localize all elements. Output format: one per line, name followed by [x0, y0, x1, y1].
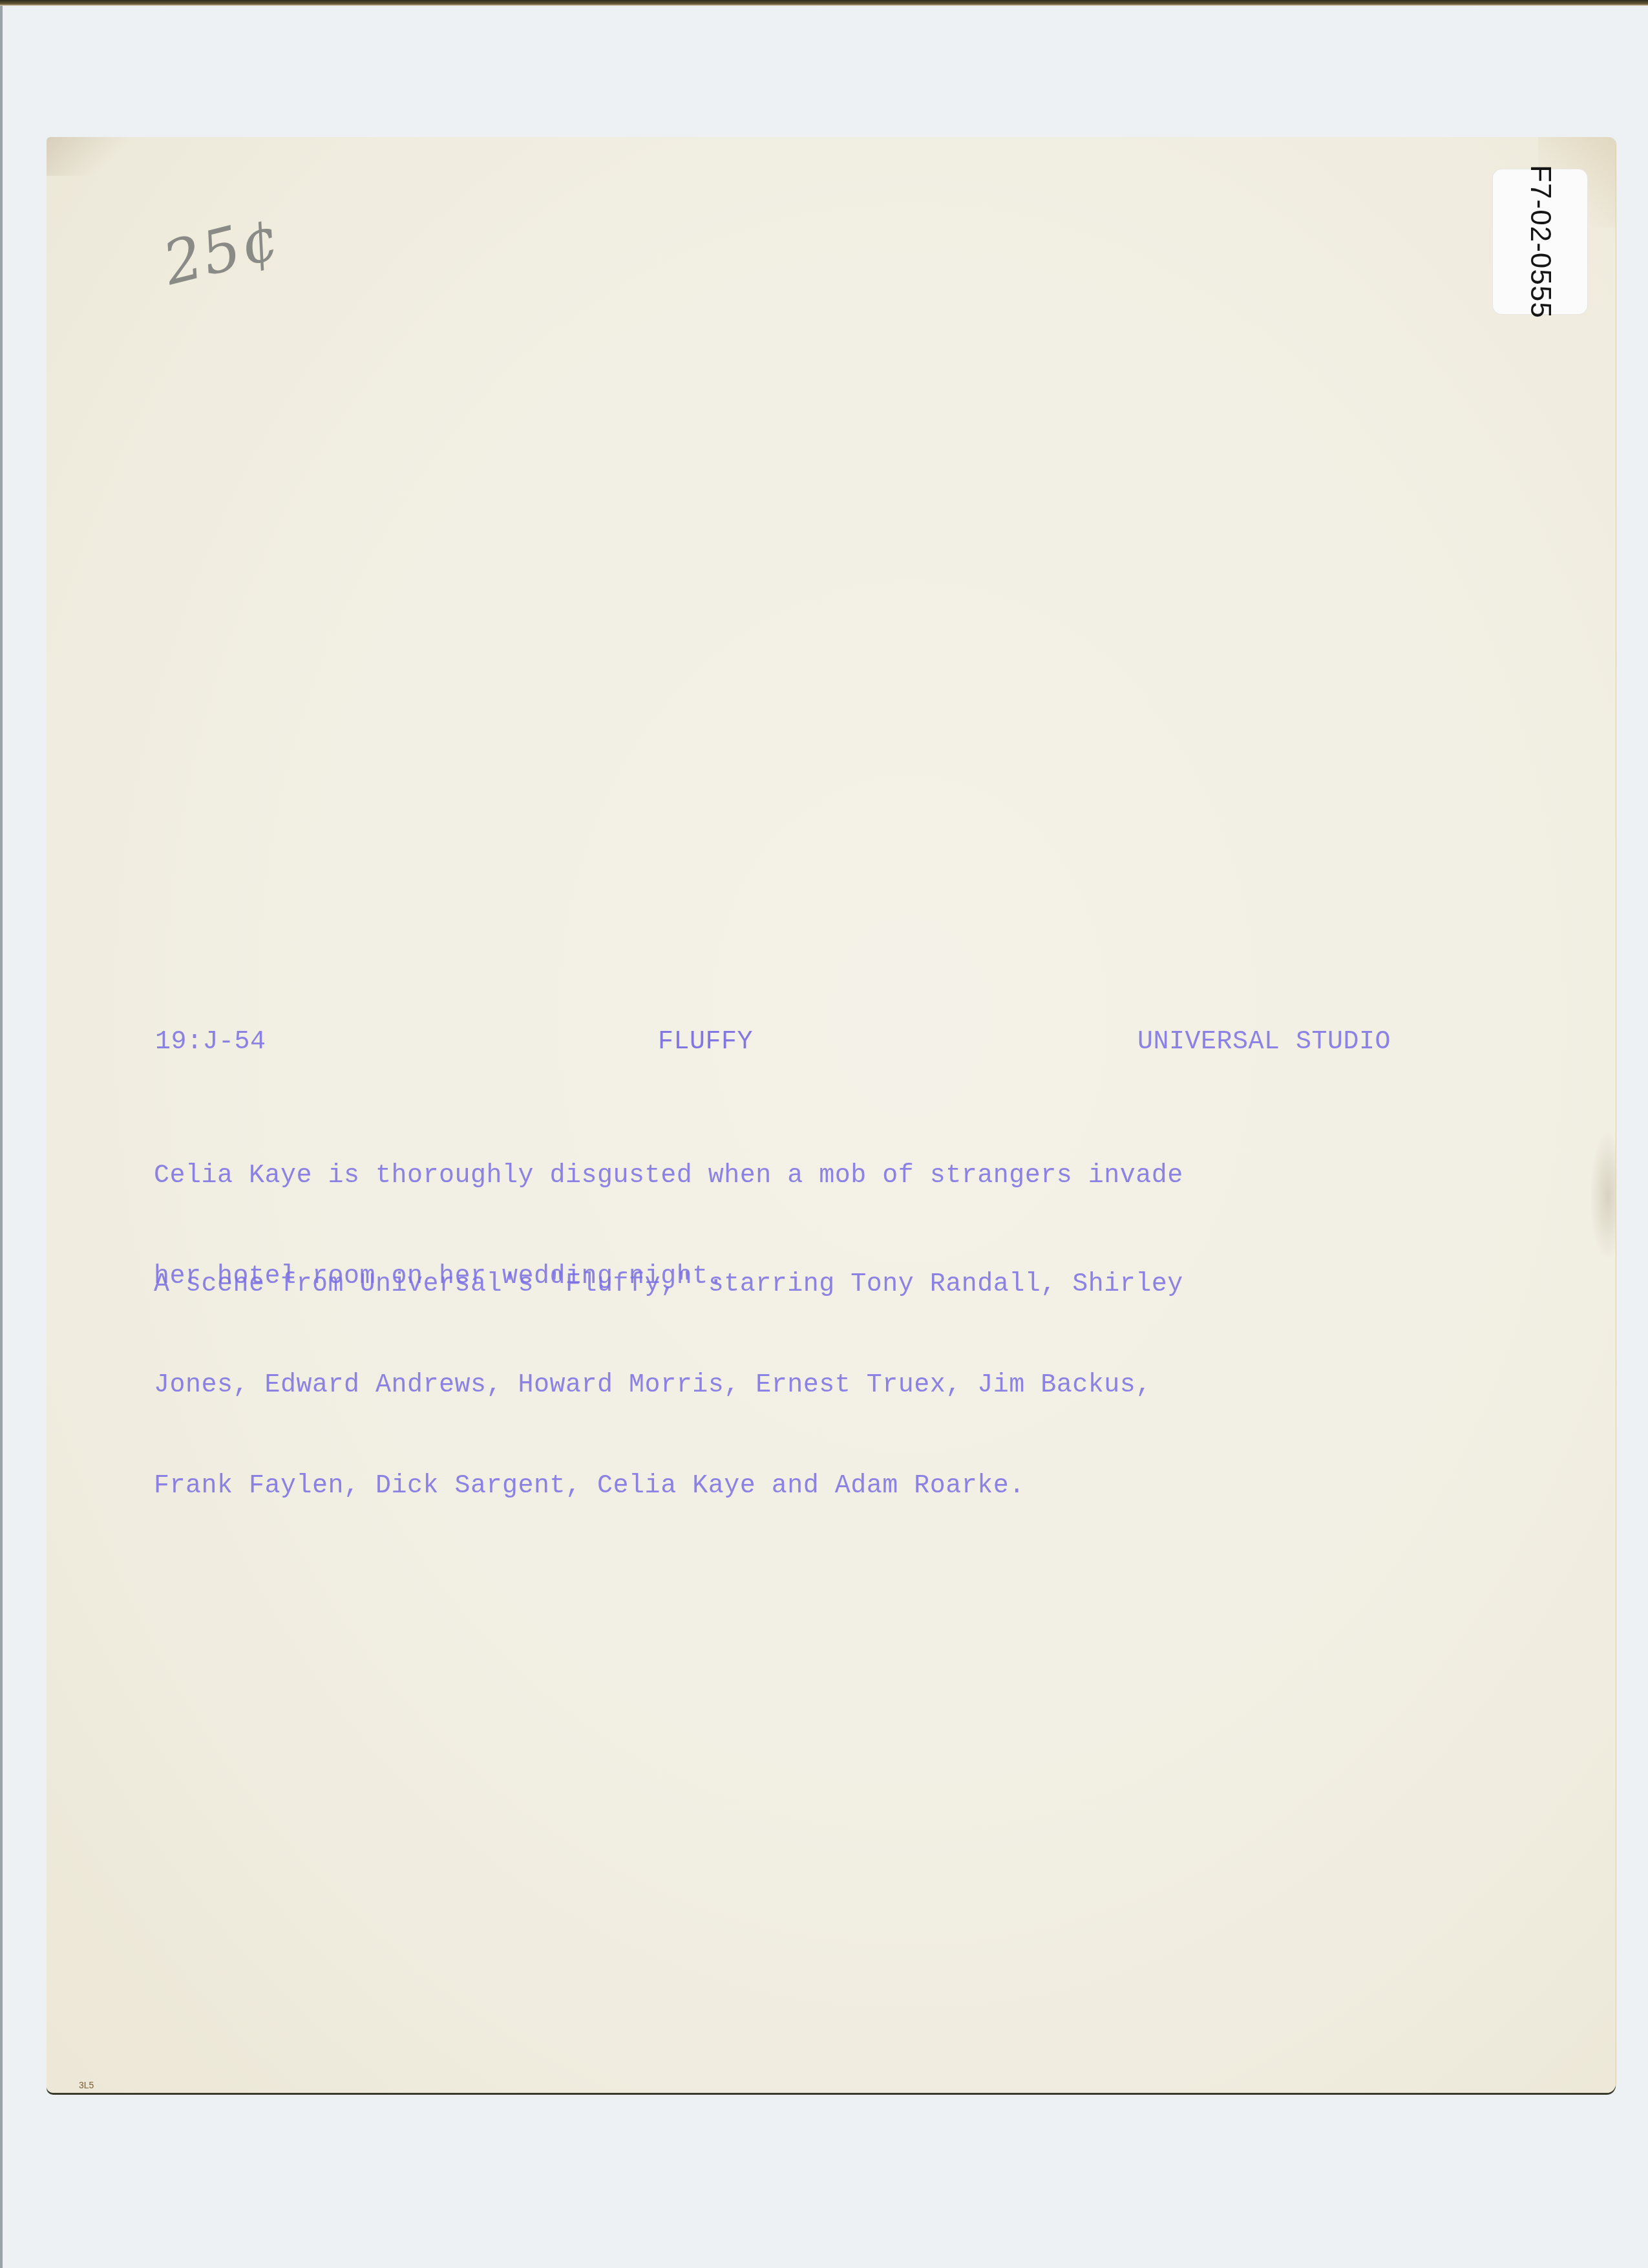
scanner-edge-top	[0, 0, 1648, 6]
caption-studio-name: UNIVERSAL STUDIO	[1137, 1028, 1391, 1057]
archive-label-id: F7-02-0555	[1524, 165, 1556, 318]
caption-line: Celia Kaye is thoroughly disgusted when …	[154, 1160, 1183, 1193]
caption-line: Jones, Edward Andrews, Howard Morris, Er…	[154, 1369, 1183, 1403]
caption-paragraph-2: A scene from Universal's "Fluffy," starr…	[154, 1201, 1183, 1537]
archive-label-sticker: F7-02-0555	[1493, 169, 1587, 314]
caption-line: Frank Faylen, Dick Sargent, Celia Kaye a…	[154, 1470, 1183, 1503]
caption-reference-number: 19:J-54	[155, 1028, 266, 1057]
scanner-edge-left	[0, 6, 3, 2268]
corner-stamp-mark: 3L5	[79, 2080, 94, 2090]
paper-stain	[1590, 1131, 1616, 1260]
caption-line: A scene from Universal's "Fluffy," starr…	[154, 1268, 1183, 1302]
caption-film-title: FLUFFY	[658, 1028, 753, 1057]
